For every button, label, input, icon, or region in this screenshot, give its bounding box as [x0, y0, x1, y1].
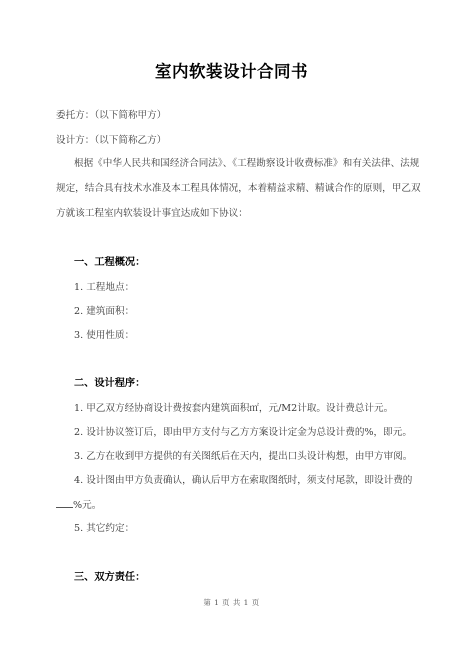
list-item-design-fee: 1. 甲乙双方经协商设计费按套内建筑面积㎡，元/M2计取。设计费总计元。 — [74, 403, 393, 415]
client-party-line: 委托方：（以下简称甲方） — [56, 110, 166, 122]
preamble-line-3: 方就该工程室内软装设计事宜达成如下协议： — [56, 208, 248, 220]
page-title: 室内软装设计合同书 — [0, 58, 463, 82]
list-item-usage-nature: 3. 使用性质： — [74, 330, 134, 342]
section-heading-project-overview: 一、工程概况： — [74, 257, 145, 269]
document-page: 室内软装设计合同书 委托方：（以下简称甲方） 设计方：（以下简称乙方） 根据《中… — [0, 0, 463, 655]
preamble-line-1: 根据《中华人民共和国经济合同法》、《工程勘察设计收费标准》和有关法律、法规 — [74, 158, 419, 170]
designer-party-line: 设计方：（以下简称乙方） — [56, 135, 166, 147]
list-item-project-location: 1. 工程地点： — [74, 282, 134, 294]
list-item-confirmation-continued: %元。 — [56, 499, 101, 512]
preamble-line-2: 规定，结合具有技术水准及本工程具体情况，本着精益求精、精诚合作的原则，甲乙双 — [56, 183, 421, 195]
section-heading-design-procedure: 二、设计程序： — [74, 378, 145, 390]
list-item-other-terms: 5. 其它约定： — [74, 523, 134, 535]
list-item-building-area: 2. 建筑面积： — [74, 306, 134, 318]
section-heading-responsibilities: 三、双方责任： — [74, 572, 145, 584]
list-item-concept: 3. 乙方在收到甲方提供的有关图纸后在天内，提出口头设计构想，由甲方审阅。 — [74, 451, 412, 463]
list-item-confirmation: 4. 设计图由甲方负责确认，确认后甲方在索取图纸时，须支付尾款，即设计费的 — [74, 475, 412, 487]
percent-text: %元。 — [73, 500, 101, 511]
page-number-footer: 第 1 页 共 1 页 — [0, 597, 463, 608]
list-item-deposit: 2. 设计协议签订后，即由甲方支付与乙方方案设计定金为总设计费的%，即元。 — [74, 427, 412, 439]
fill-in-blank — [56, 499, 73, 508]
